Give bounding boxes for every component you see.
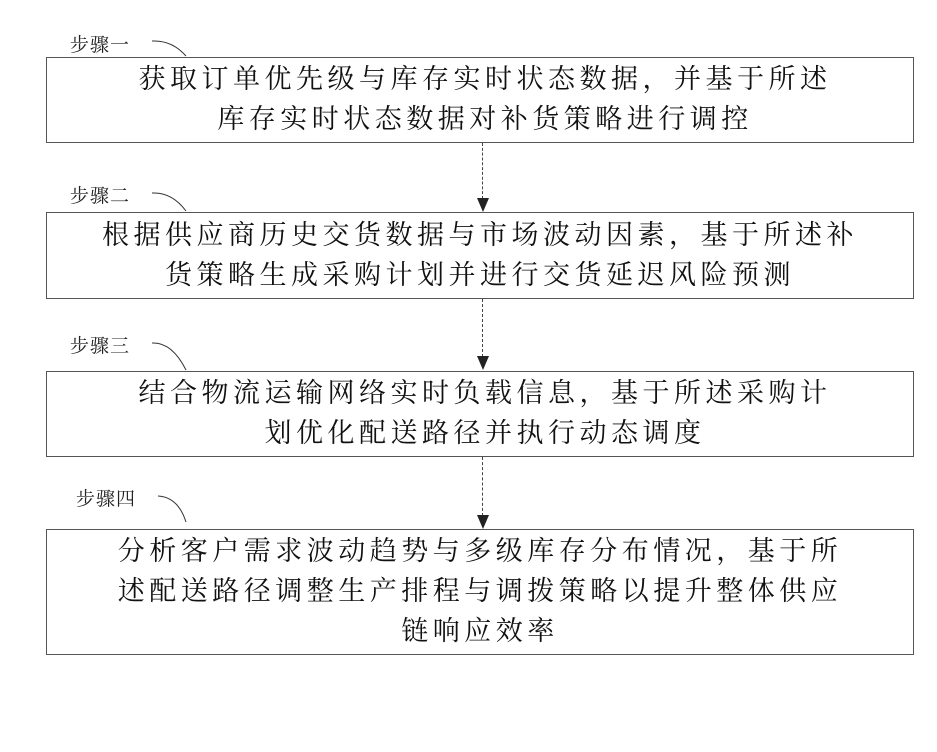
step-2-line-2: 货策略生成采购计划并进行交货延迟风险预测 [47,256,913,296]
arrow-3-to-4 [482,457,485,516]
step-4-label: 步骤四 [76,484,136,511]
arrow-2-to-3 [482,299,485,357]
step-2-label: 步骤二 [70,181,130,208]
arrow-head-icon [477,198,489,212]
step-3-label: 步骤三 [70,331,130,358]
arrow-head-icon [477,515,489,529]
arrow-head-icon [477,356,489,370]
step-1-line-2: 库存实时状态数据对补货策略进行调控 [47,100,913,140]
step-3-box: 结合物流运输网络实时负载信息，基于所述采购计 划优化配送路径并执行动态调度 [46,371,914,457]
step-4-line-2: 述配送路径调整生产排程与调拨策略以提升整体供应 [47,572,913,612]
step-1-box: 获取订单优先级与库存实时状态数据，并基于所述 库存实时状态数据对补货策略进行调控 [46,57,914,143]
step-3-line-2: 划优化配送路径并执行动态调度 [47,414,913,454]
arrow-1-to-2 [482,143,485,199]
step-4-line-3: 链响应效率 [47,612,913,652]
step-2-box: 根据供应商历史交货数据与市场波动因素，基于所述补 货策略生成采购计划并进行交货延… [46,212,914,299]
step-4-box: 分析客户需求波动趋势与多级库存分布情况，基于所 述配送路径调整生产排程与调拨策略… [46,529,914,655]
step-3-line-1: 结合物流运输网络实时负载信息，基于所述采购计 [47,374,913,414]
step-2-line-1: 根据供应商历史交货数据与市场波动因素，基于所述补 [47,216,913,256]
step-1-line-1: 获取订单优先级与库存实时状态数据，并基于所述 [47,60,913,100]
step-4-line-1: 分析客户需求波动趋势与多级库存分布情况，基于所 [47,532,913,572]
